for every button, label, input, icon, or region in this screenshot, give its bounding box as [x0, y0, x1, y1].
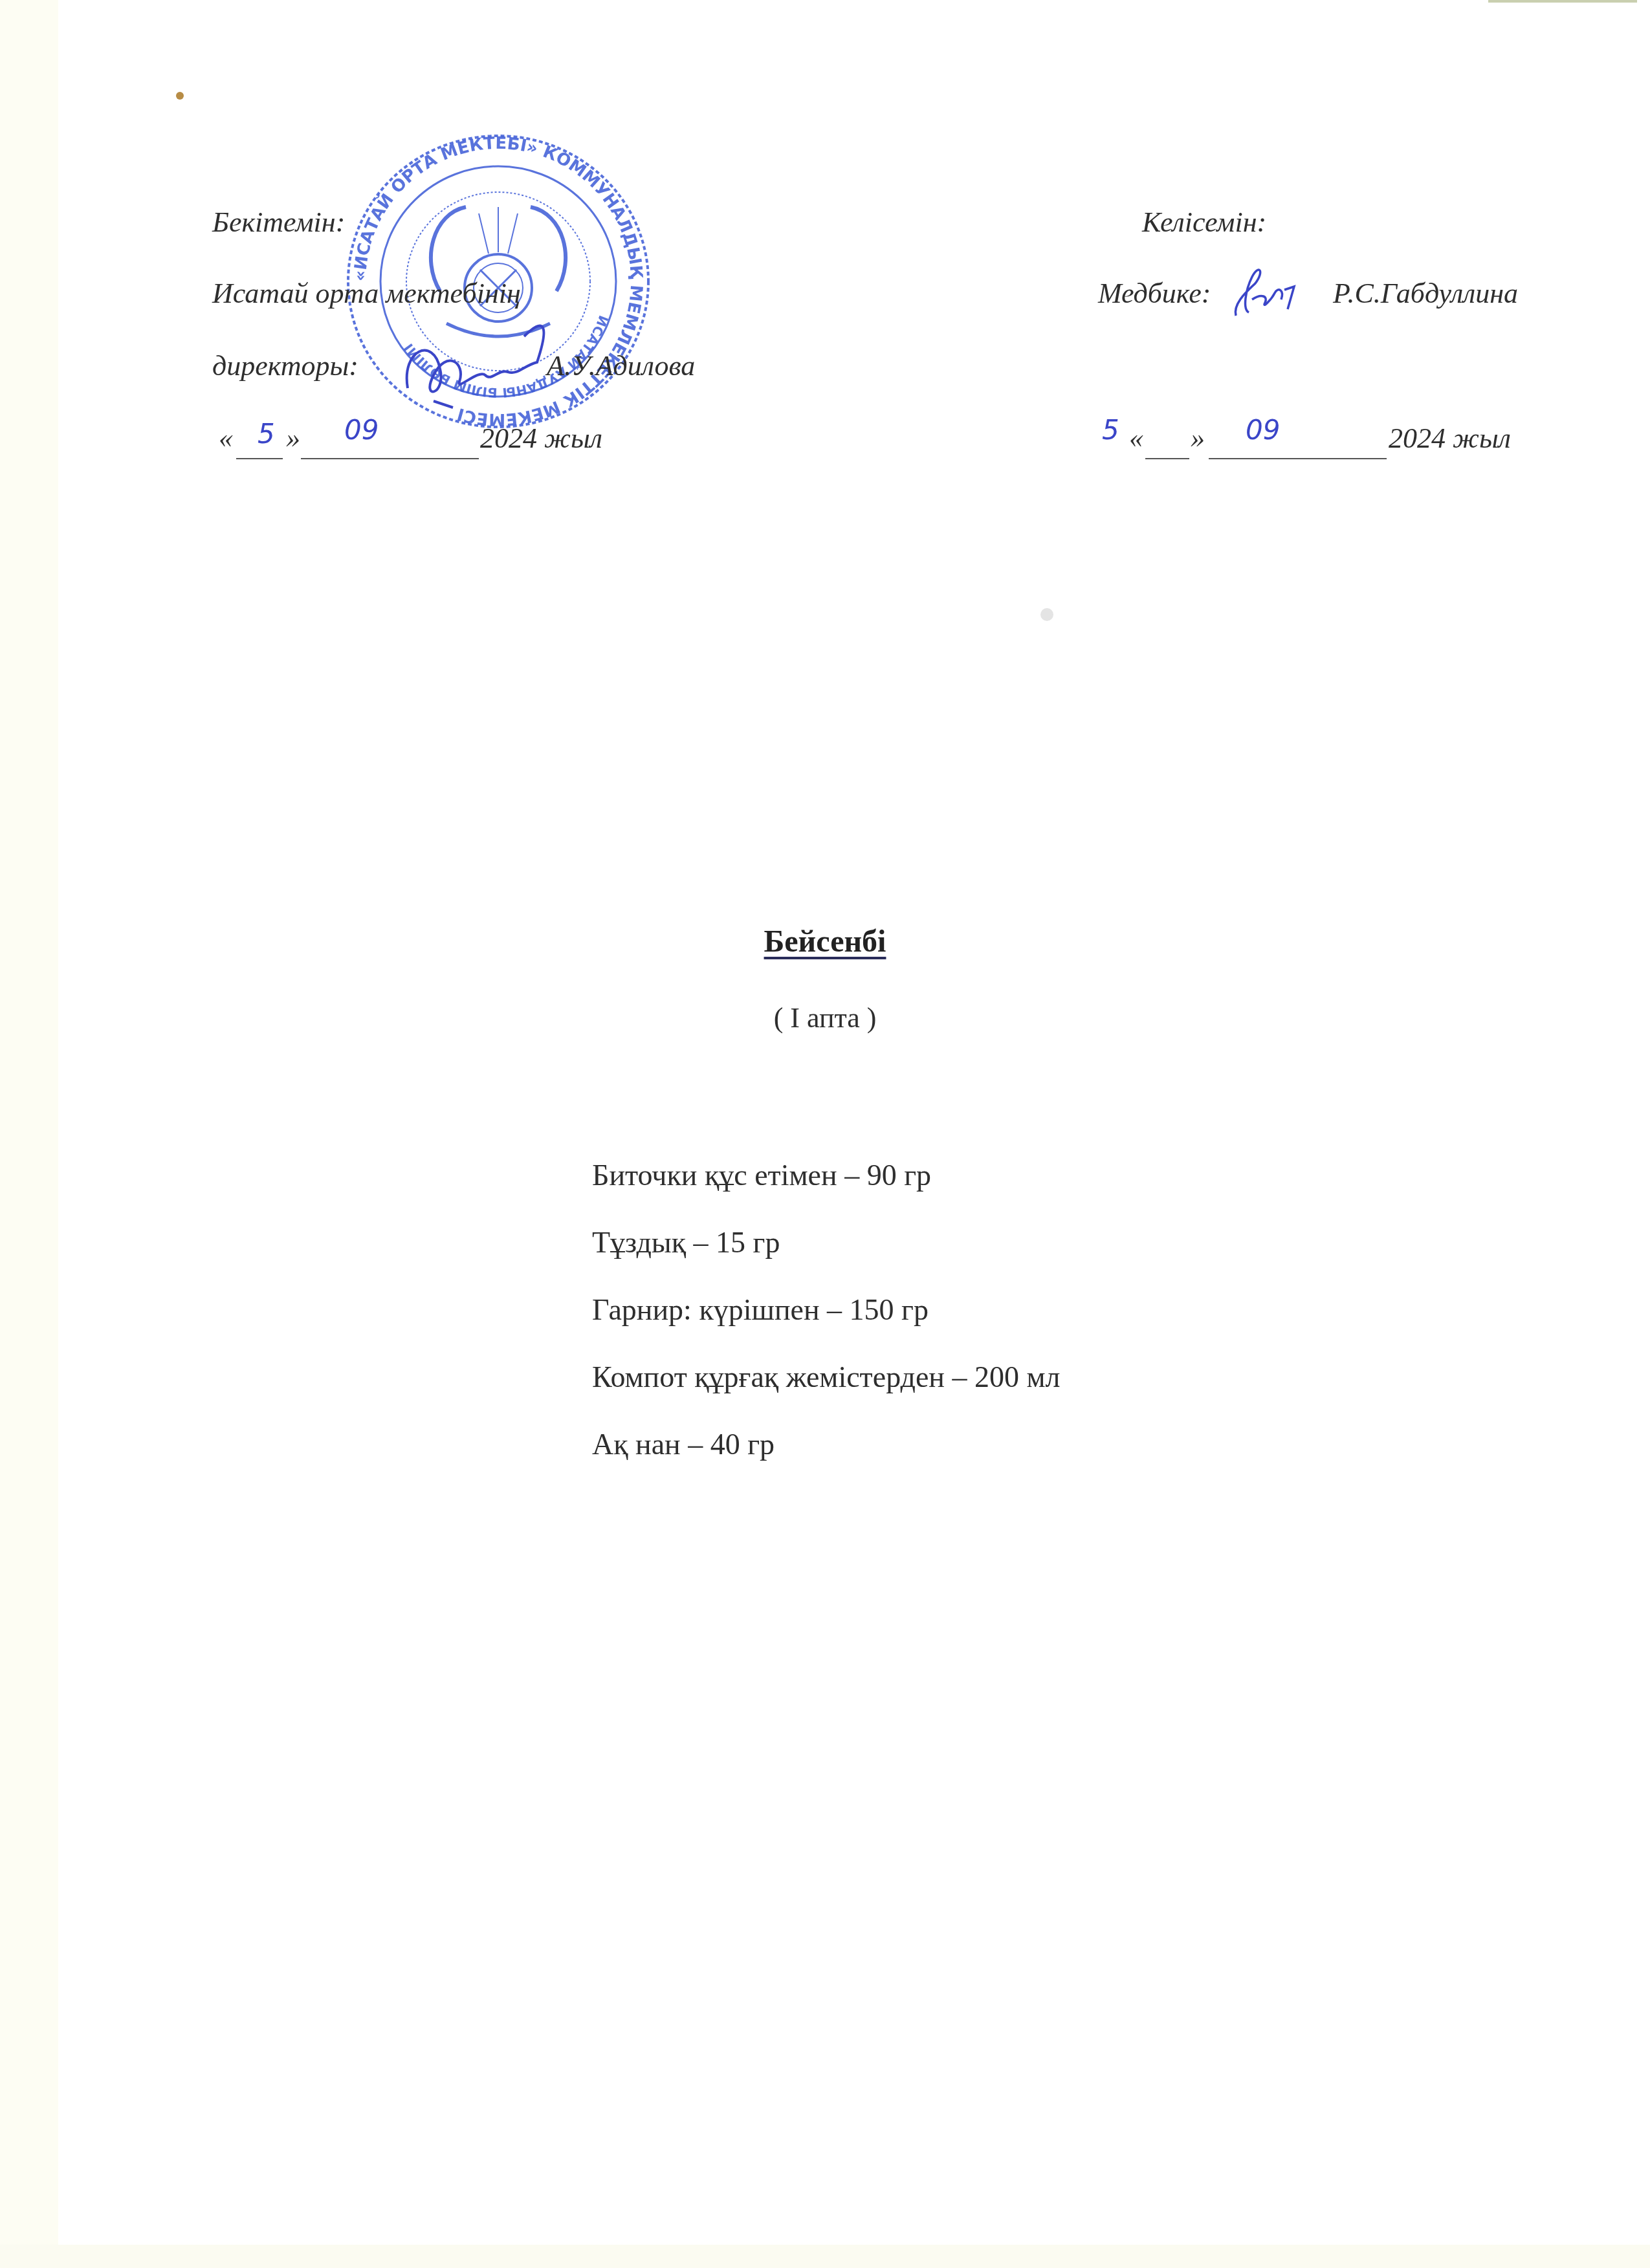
- agreement-date-close-quote: »: [1191, 422, 1205, 455]
- agreement-day-line: [1145, 458, 1189, 459]
- approval-date-open-quote: «: [219, 422, 233, 455]
- scan-speck: [1040, 608, 1053, 621]
- day-title-text: Бейсенбі: [764, 924, 886, 959]
- approval-org-line: Исатай орта мектебінің: [212, 277, 521, 310]
- menu-item: Тұздық – 15 гр: [592, 1209, 1061, 1276]
- agreement-position: Медбике:: [1098, 277, 1211, 310]
- agreement-date-day: 5: [1102, 414, 1119, 446]
- menu-item: Компот құрғақ жемістерден – 200 мл: [592, 1344, 1061, 1411]
- menu-item: Ақ нан – 40 гр: [592, 1411, 1061, 1478]
- scan-speck: [176, 92, 184, 100]
- scan-edge-bottom: [0, 2245, 1650, 2268]
- nurse-signature: [1229, 264, 1301, 322]
- approval-month-line: [301, 458, 479, 459]
- menu-list: Биточки құс етімен – 90 гр Тұздық – 15 г…: [592, 1142, 1061, 1478]
- scan-edge-top: [1488, 0, 1637, 3]
- agreement-date-open-quote: «: [1129, 422, 1143, 455]
- day-title: Бейсенбі: [0, 924, 1650, 959]
- menu-item: Биточки құс етімен – 90 гр: [592, 1142, 1061, 1209]
- agreement-signer-name: Р.С.Габдуллина: [1333, 277, 1518, 310]
- menu-item: Гарнир: күрішпен – 150 гр: [592, 1276, 1061, 1344]
- agreement-date-year: 2024 жыл: [1389, 422, 1511, 455]
- week-label: ( I апта ): [0, 1001, 1650, 1034]
- director-signature: [395, 311, 563, 414]
- scan-edge-left: [0, 0, 58, 2268]
- approval-date-close-quote: »: [286, 422, 300, 455]
- agreement-date-month: 09: [1246, 414, 1280, 446]
- approval-date-year: 2024 жыл: [480, 422, 602, 455]
- approval-date-day: 5: [258, 418, 275, 450]
- approval-heading: Бекітемін:: [212, 206, 345, 239]
- approval-date-month: 09: [344, 414, 379, 446]
- approval-position: директоры:: [212, 349, 358, 382]
- agreement-month-line: [1209, 458, 1387, 459]
- agreement-heading: Келісемін:: [1142, 206, 1266, 239]
- approval-signer-name: А.У.Адилова: [547, 349, 695, 382]
- approval-day-line: [236, 458, 283, 459]
